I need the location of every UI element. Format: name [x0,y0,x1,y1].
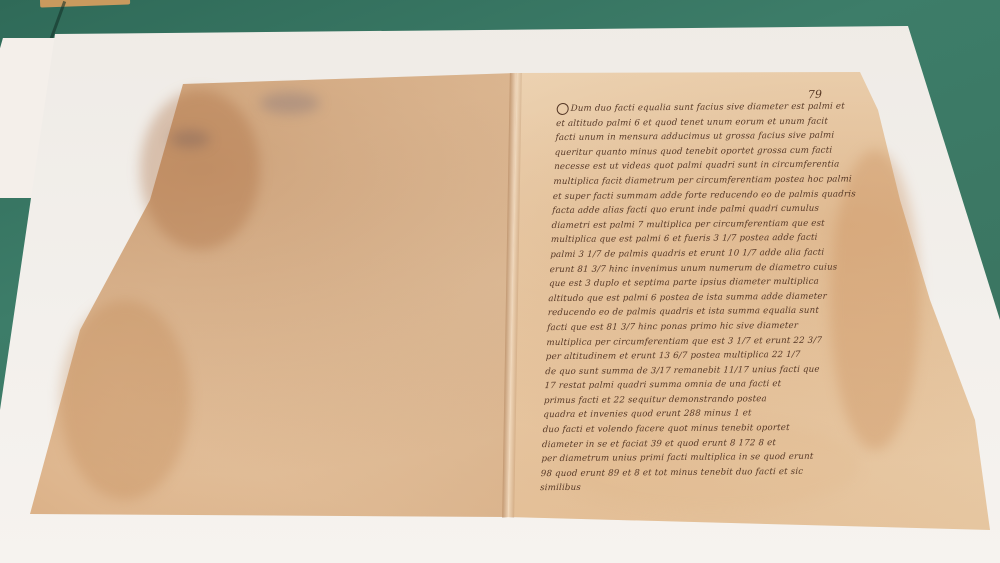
text-line: similibus [540,479,871,496]
manuscript-text: Dum duo facti equalia sunt facius sive d… [540,99,887,496]
stain [260,92,320,114]
stain [140,90,260,250]
stain [60,300,190,500]
wooden-edge [40,0,130,8]
initial-letter [556,102,569,114]
stain [170,130,210,148]
photo-scene: 79 Dum duo facti equalia sunt facius siv… [0,0,1000,563]
